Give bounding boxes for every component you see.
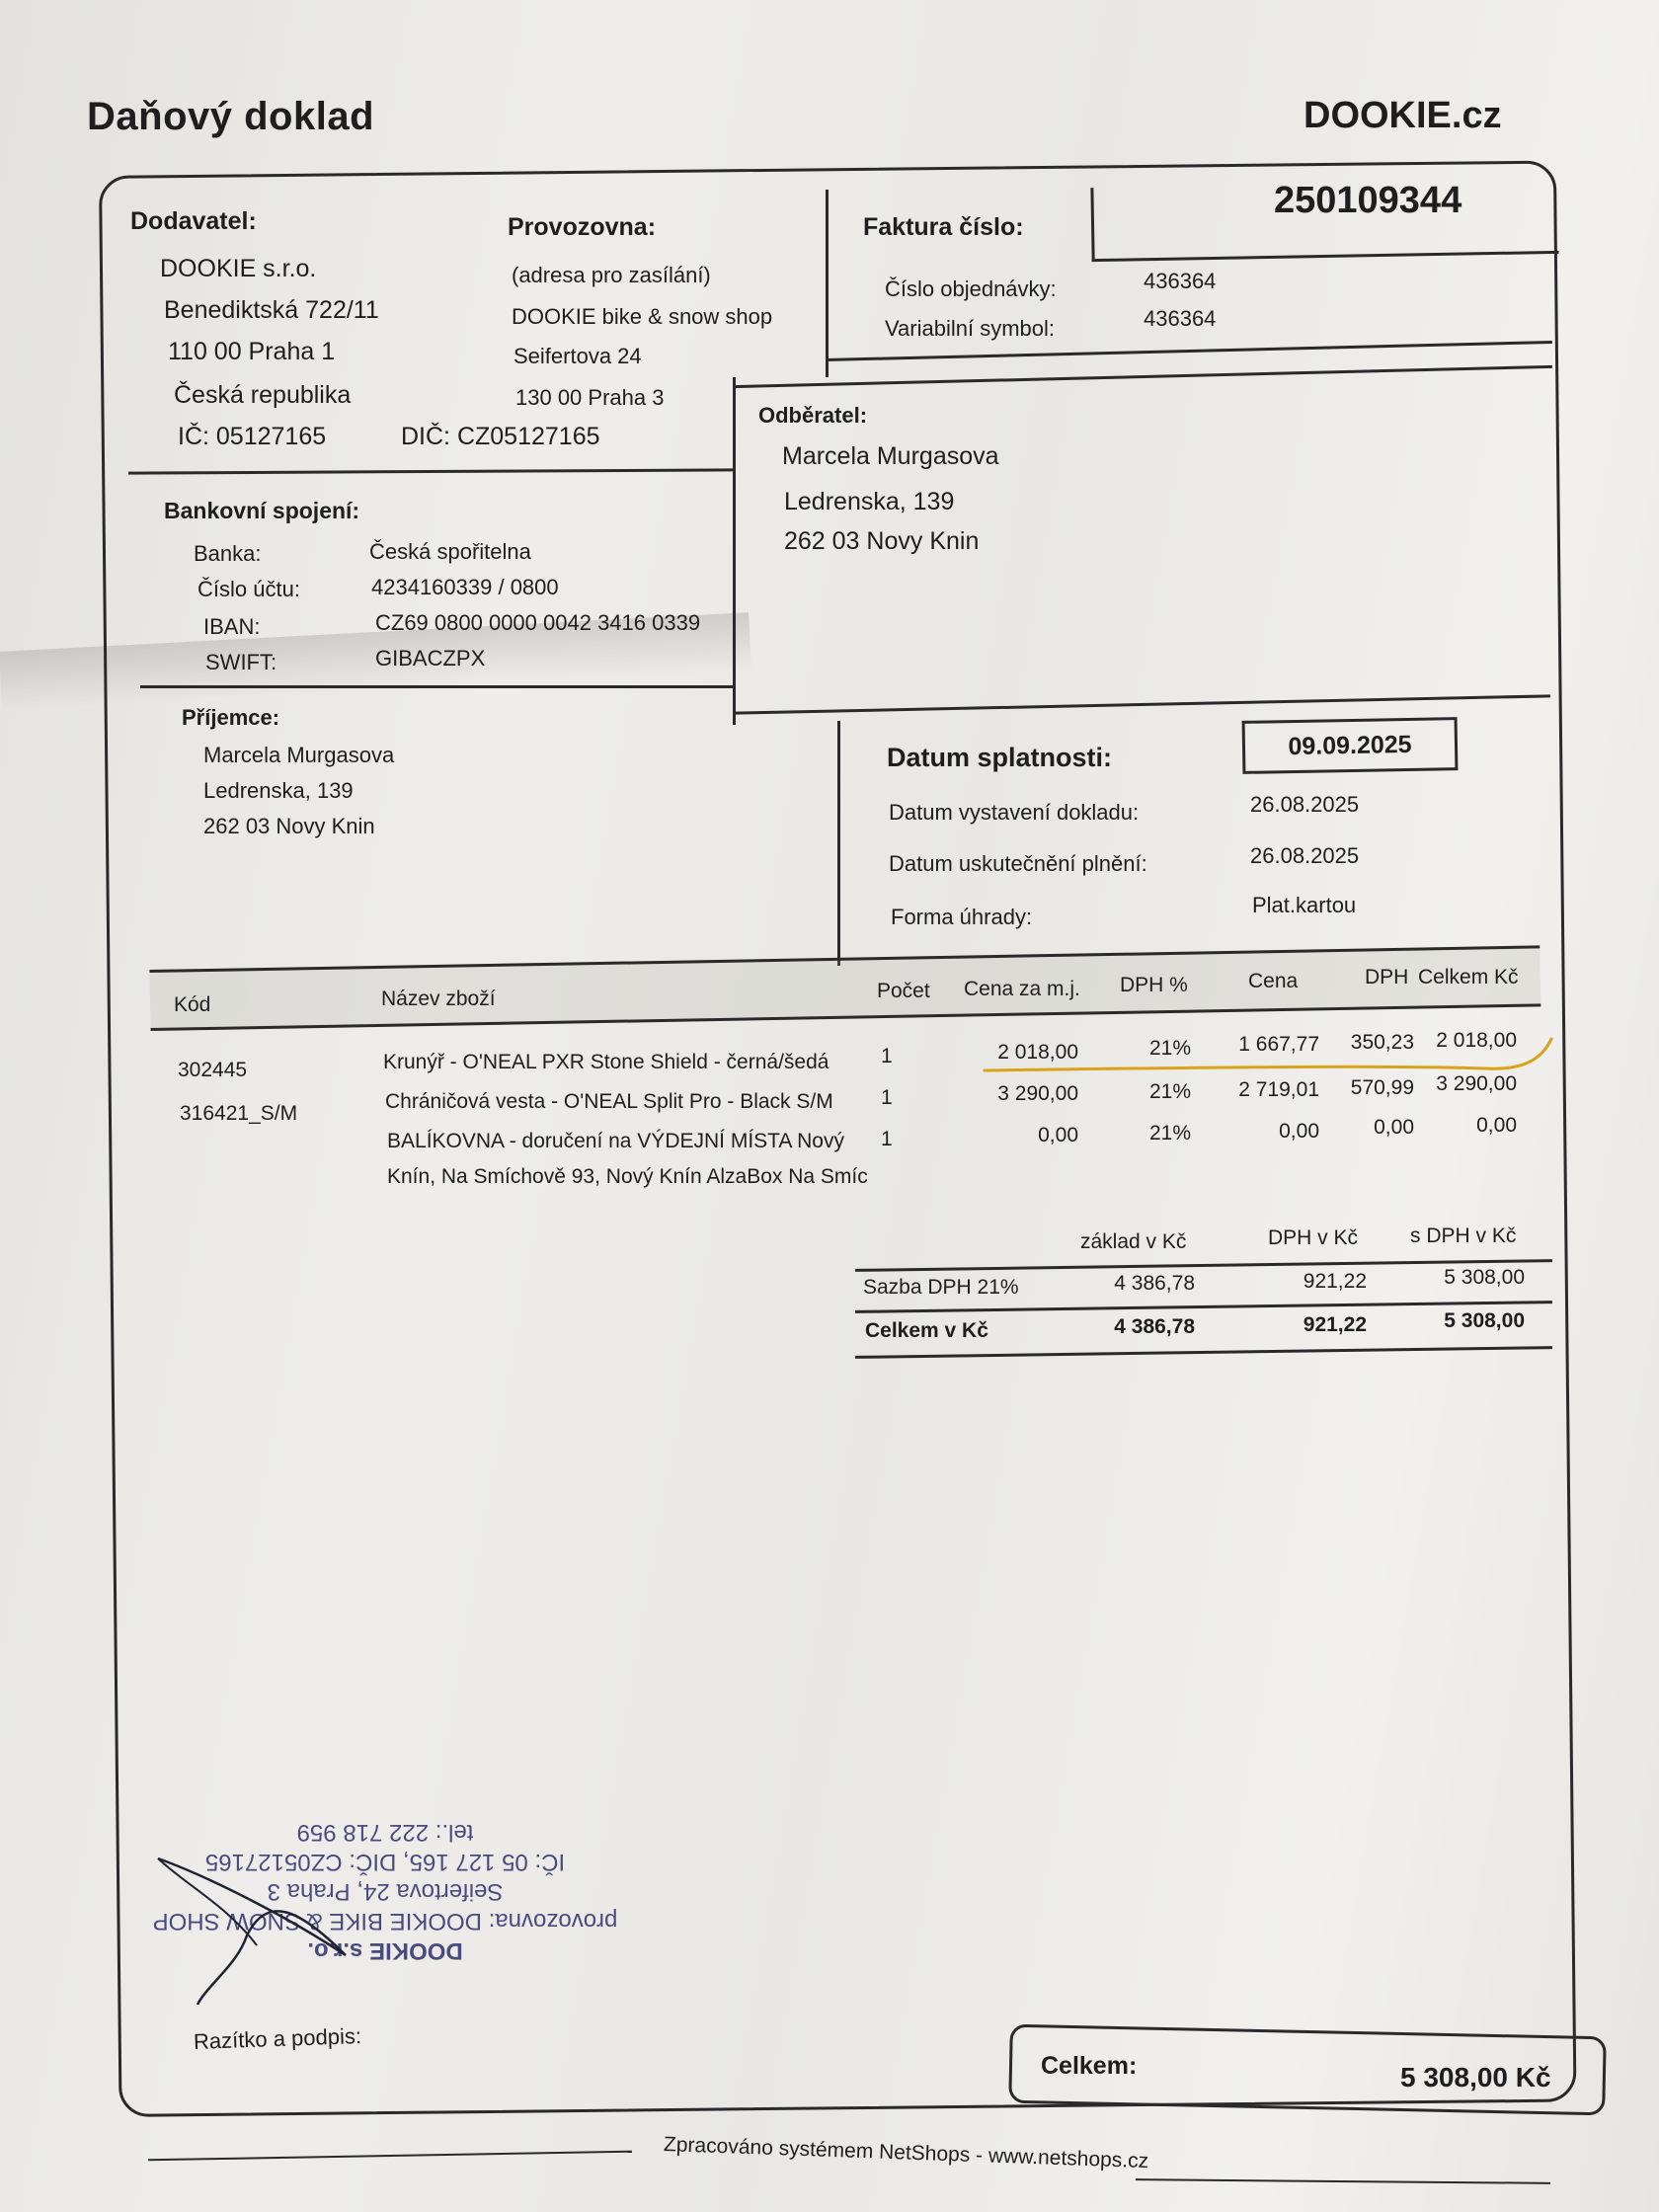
bank-label: Bankovní spojení: — [164, 498, 359, 524]
item-name-cont: Knín, Na Smíchově 93, Nový Knín AlzaBox … — [387, 1165, 868, 1189]
col-total: Celkem Kč — [1418, 966, 1519, 989]
grand-total-label: Celkem: — [1041, 2052, 1137, 2081]
item-price: 0,00 — [1201, 1120, 1319, 1144]
summary-total-base: 4 386,78 — [1076, 1315, 1195, 1339]
summary-rate-base: 4 386,78 — [1076, 1272, 1195, 1296]
account-label: Číslo účtu: — [197, 577, 300, 602]
summary-col-base: základ v Kč — [1080, 1230, 1186, 1254]
summary-rate-gross: 5 308,00 — [1406, 1266, 1525, 1290]
col-name: Název zboží — [381, 987, 496, 1011]
signature-mark — [148, 1847, 405, 2014]
invoice-number: 250109344 — [1274, 180, 1461, 222]
item-qty: 1 — [881, 1045, 893, 1068]
account-value: 4234160339 / 0800 — [371, 575, 559, 600]
branch-label: Provozovna: — [508, 213, 656, 242]
summary-col-vat: DPH v Kč — [1268, 1226, 1358, 1250]
item-name: BALÍKOVNA - doručení na VÝDEJNÍ MÍSTA No… — [387, 1130, 844, 1153]
payment-method-value: Plat.kartou — [1252, 893, 1356, 918]
issue-date-label: Datum vystavení dokladu: — [889, 800, 1139, 826]
item-price: 2 719,01 — [1201, 1078, 1319, 1102]
divider — [837, 721, 840, 966]
item-name: Chráničová vesta - O'NEAL Split Pro - Bl… — [385, 1090, 833, 1114]
issue-date-value: 26.08.2025 — [1250, 792, 1359, 818]
divider — [826, 190, 829, 377]
supply-date-value: 26.08.2025 — [1250, 843, 1359, 869]
supplier-city: 110 00 Praha 1 — [168, 338, 335, 366]
divider — [733, 377, 736, 725]
summary-rate-label: Sazba DPH 21% — [863, 1276, 1019, 1300]
variable-symbol-value: 436364 — [1144, 306, 1216, 332]
document-title: Daňový doklad — [87, 95, 374, 139]
invoice-paper: Daňový doklad DOOKIE.cz Dodavatel: DOOKI… — [0, 0, 1659, 2212]
customer-name: Marcela Murgasova — [782, 442, 999, 471]
item-vat: 570,99 — [1329, 1076, 1414, 1100]
recipient-label: Příjemce: — [182, 705, 279, 731]
supplier-ic: IČ: 05127165 — [178, 423, 326, 451]
col-unit-price: Cena za m.j. — [964, 978, 1080, 1001]
customer-city: 262 03 Novy Knin — [784, 527, 979, 556]
recipient-name: Marcela Murgasova — [203, 743, 394, 768]
item-total: 3 290,00 — [1422, 1072, 1517, 1096]
customer-label: Odběratel: — [758, 403, 867, 429]
item-unit-price: 0,00 — [968, 1124, 1078, 1147]
bank-name-label: Banka: — [194, 541, 262, 567]
swift-value: GIBACZPX — [375, 646, 485, 671]
supply-date-label: Datum uskutečnění plnění: — [889, 851, 1147, 877]
payment-method-label: Forma úhrady: — [891, 905, 1032, 930]
col-vat-rate: DPH % — [1120, 974, 1188, 997]
bank-name-value: Česká spořitelna — [369, 539, 531, 565]
iban-label: IBAN: — [203, 614, 260, 640]
footer-credit: Zpracováno systémem NetShops - www.netsh… — [664, 2133, 1149, 2173]
item-name: Krunýř - O'NEAL PXR Stone Shield - černá… — [383, 1051, 829, 1074]
highlighter-underline — [983, 1035, 1555, 1074]
item-vat-rate: 21% — [1112, 1122, 1191, 1145]
summary-total-label: Celkem v Kč — [865, 1319, 988, 1343]
summary-total-vat: 921,22 — [1268, 1313, 1367, 1337]
branch-city: 130 00 Praha 3 — [515, 385, 664, 411]
order-number-label: Číslo objednávky: — [885, 276, 1057, 302]
invoice-number-label: Faktura číslo: — [863, 213, 1024, 242]
grand-total-value: 5 308,00 Kč — [1400, 2062, 1551, 2093]
summary-rate-vat: 921,22 — [1268, 1270, 1367, 1294]
branch-street: Seifertova 24 — [513, 344, 642, 369]
item-qty: 1 — [881, 1086, 893, 1110]
col-vat: DPH — [1365, 966, 1408, 989]
summary-col-gross: s DPH v Kč — [1410, 1224, 1516, 1248]
item-vat-rate: 21% — [1112, 1080, 1191, 1104]
branch-note: (adresa pro zasílání) — [512, 263, 711, 288]
supplier-label: Dodavatel: — [130, 207, 257, 236]
supplier-street: Benediktská 722/11 — [164, 296, 379, 325]
summary-total-gross: 5 308,00 — [1406, 1309, 1525, 1333]
due-date-value: 09.09.2025 — [1242, 717, 1459, 774]
item-vat: 0,00 — [1329, 1116, 1414, 1140]
supplier-dic: DIČ: CZ05127165 — [401, 423, 600, 451]
variable-symbol-label: Variabilní symbol: — [885, 316, 1055, 342]
col-code: Kód — [174, 993, 210, 1017]
item-code: 316421_S/M — [180, 1102, 297, 1126]
order-number-value: 436364 — [1144, 269, 1216, 294]
due-date-label: Datum splatnosti: — [887, 743, 1112, 773]
stamp-line: tel.: 222 718 959 — [148, 1817, 622, 1847]
divider — [140, 685, 735, 688]
brand-logo: DOOKIE.cz — [1303, 95, 1502, 137]
recipient-street: Ledrenska, 139 — [203, 778, 354, 804]
footer-line — [148, 2151, 632, 2162]
item-total: 0,00 — [1422, 1114, 1517, 1138]
swift-label: SWIFT: — [205, 650, 276, 675]
supplier-country: Česká republika — [174, 381, 351, 410]
supplier-name: DOOKIE s.r.o. — [160, 255, 316, 283]
recipient-city: 262 03 Novy Knin — [203, 814, 375, 839]
customer-street: Ledrenska, 139 — [784, 488, 954, 516]
iban-value: CZ69 0800 0000 0042 3416 0339 — [375, 610, 700, 636]
footer-line — [1136, 2178, 1550, 2184]
item-qty: 1 — [881, 1128, 893, 1151]
branch-name: DOOKIE bike & snow shop — [512, 304, 772, 330]
col-qty: Počet — [877, 980, 930, 1003]
item-code: 302445 — [178, 1059, 247, 1082]
item-unit-price: 3 290,00 — [968, 1082, 1078, 1106]
col-price: Cena — [1248, 970, 1298, 993]
